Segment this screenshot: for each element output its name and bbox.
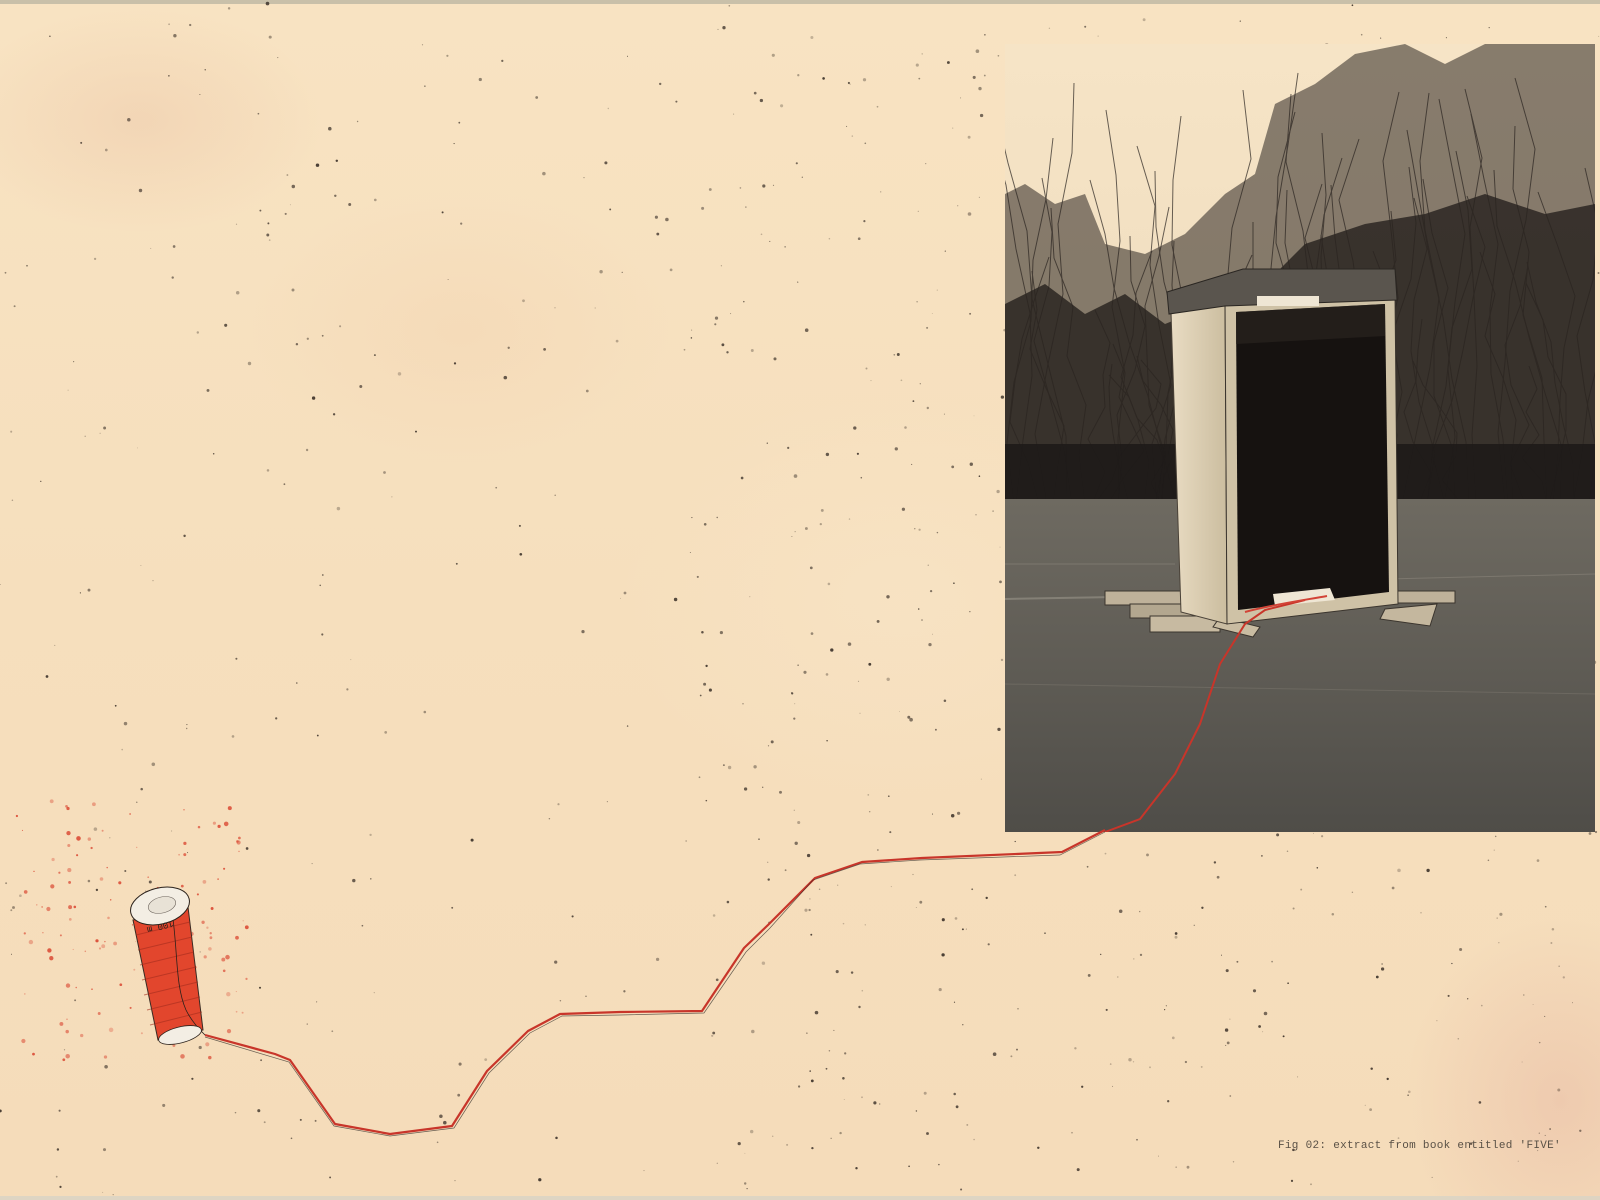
thread-drawing: 100 m	[0, 0, 1600, 1200]
red-thread	[205, 830, 1105, 1136]
thread-spool-icon: 100 m	[127, 881, 205, 1048]
figure-caption: Fig 02: extract from book entitled 'FIVE…	[1278, 1140, 1561, 1152]
